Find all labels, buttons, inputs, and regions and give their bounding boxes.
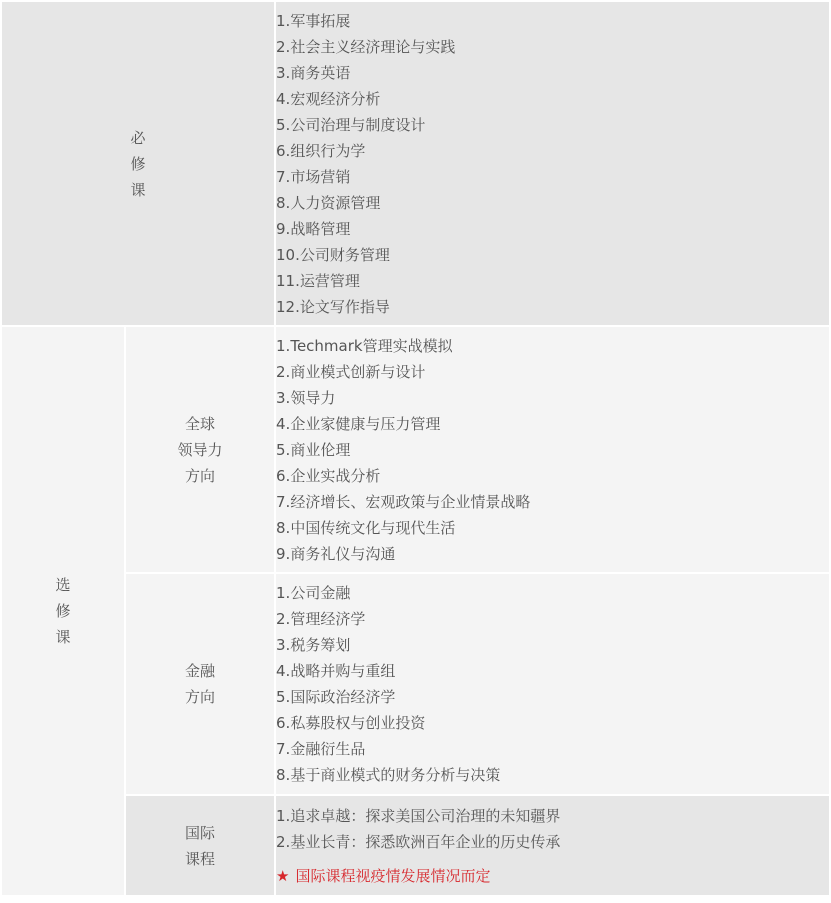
label-char: 修 bbox=[2, 598, 124, 624]
elective-row-global-leadership: 选 修 课 全球 领导力 方向 1.Techmark管理实战模拟 2.商业模式创… bbox=[1, 326, 830, 573]
track-label-line: 方向 bbox=[126, 684, 274, 710]
course-item: 2.商业模式创新与设计 bbox=[276, 359, 829, 385]
track-label-line: 金融 bbox=[126, 658, 274, 684]
course-item: 2.社会主义经济理论与实践 bbox=[276, 34, 829, 60]
curriculum-table: 必 修 课 1.军事拓展 2.社会主义经济理论与实践 3.商务英语 4.宏观经济… bbox=[0, 0, 831, 897]
label-char: 选 bbox=[2, 572, 124, 598]
course-item: 1.Techmark管理实战模拟 bbox=[276, 333, 829, 359]
international-note: ★国际课程视疫情发展情况而定 bbox=[276, 863, 829, 889]
required-label: 必 修 课 bbox=[131, 125, 146, 203]
course-item: 8.人力资源管理 bbox=[276, 190, 829, 216]
track-label-line: 全球 bbox=[126, 411, 274, 437]
course-item: 8.基于商业模式的财务分析与决策 bbox=[276, 762, 829, 788]
required-label-cell: 必 修 课 bbox=[1, 1, 275, 326]
track-courses-international: 1.追求卓越：探求美国公司治理的未知疆界 2.基业长青：探悉欧洲百年企业的历史传… bbox=[275, 795, 830, 896]
label-char: 课 bbox=[131, 177, 146, 203]
note-text: 国际课程视疫情发展情况而定 bbox=[295, 867, 490, 885]
course-item: 10.公司财务管理 bbox=[276, 242, 829, 268]
label-char: 必 bbox=[131, 125, 146, 151]
elective-row-international: 国际 课程 1.追求卓越：探求美国公司治理的未知疆界 2.基业长青：探悉欧洲百年… bbox=[1, 795, 830, 896]
course-item: 2.管理经济学 bbox=[276, 606, 829, 632]
required-row: 必 修 课 1.军事拓展 2.社会主义经济理论与实践 3.商务英语 4.宏观经济… bbox=[1, 1, 830, 326]
track-label-global-leadership: 全球 领导力 方向 bbox=[125, 326, 275, 573]
label-char: 课 bbox=[2, 624, 124, 650]
course-item: 6.私募股权与创业投资 bbox=[276, 710, 829, 736]
course-item: 1.追求卓越：探求美国公司治理的未知疆界 bbox=[276, 803, 829, 829]
course-item: 5.商业伦理 bbox=[276, 437, 829, 463]
track-label-line: 课程 bbox=[126, 846, 274, 872]
course-item: 9.商务礼仪与沟通 bbox=[276, 541, 829, 567]
track-label-line: 国际 bbox=[126, 820, 274, 846]
course-item: 1.军事拓展 bbox=[276, 8, 829, 34]
elective-row-finance: 金融 方向 1.公司金融 2.管理经济学 3.税务筹划 4.战略并购与重组 5.… bbox=[1, 573, 830, 795]
course-item: 2.基业长青：探悉欧洲百年企业的历史传承 bbox=[276, 829, 829, 855]
course-item: 5.国际政治经济学 bbox=[276, 684, 829, 710]
course-item: 7.市场营销 bbox=[276, 164, 829, 190]
course-item: 6.组织行为学 bbox=[276, 138, 829, 164]
course-item: 7.金融衍生品 bbox=[276, 736, 829, 762]
track-label-international: 国际 课程 bbox=[125, 795, 275, 896]
star-icon: ★ bbox=[276, 867, 289, 885]
course-item: 4.企业家健康与压力管理 bbox=[276, 411, 829, 437]
track-label-line: 领导力 bbox=[126, 437, 274, 463]
course-item: 3.税务筹划 bbox=[276, 632, 829, 658]
course-item: 9.战略管理 bbox=[276, 216, 829, 242]
course-item: 7.经济增长、宏观政策与企业情景战略 bbox=[276, 489, 829, 515]
course-item: 11.运营管理 bbox=[276, 268, 829, 294]
course-item: 3.领导力 bbox=[276, 385, 829, 411]
track-courses-finance: 1.公司金融 2.管理经济学 3.税务筹划 4.战略并购与重组 5.国际政治经济… bbox=[275, 573, 830, 795]
track-label-finance: 金融 方向 bbox=[125, 573, 275, 795]
required-courses-cell: 1.军事拓展 2.社会主义经济理论与实践 3.商务英语 4.宏观经济分析 5.公… bbox=[275, 1, 830, 326]
course-item: 5.公司治理与制度设计 bbox=[276, 112, 829, 138]
track-courses-global-leadership: 1.Techmark管理实战模拟 2.商业模式创新与设计 3.领导力 4.企业家… bbox=[275, 326, 830, 573]
course-item: 4.战略并购与重组 bbox=[276, 658, 829, 684]
course-item: 12.论文写作指导 bbox=[276, 294, 829, 320]
elective-label-cell: 选 修 课 bbox=[1, 326, 125, 896]
course-item: 6.企业实战分析 bbox=[276, 463, 829, 489]
course-item: 4.宏观经济分析 bbox=[276, 86, 829, 112]
track-label-line: 方向 bbox=[126, 463, 274, 489]
course-item: 3.商务英语 bbox=[276, 60, 829, 86]
label-char: 修 bbox=[131, 151, 146, 177]
course-item: 8.中国传统文化与现代生活 bbox=[276, 515, 829, 541]
course-item: 1.公司金融 bbox=[276, 580, 829, 606]
